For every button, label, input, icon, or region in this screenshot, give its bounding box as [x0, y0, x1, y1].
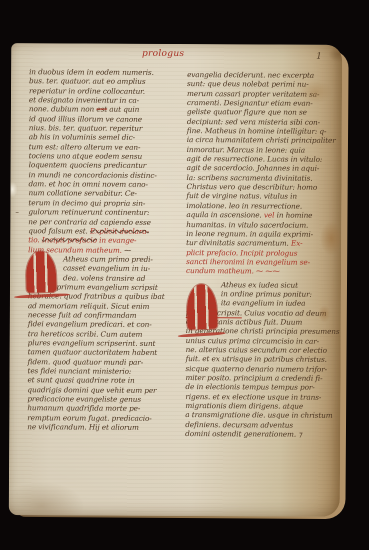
body-text: id quod illius illorum ve canone	[29, 114, 142, 124]
body-text: Atheus ex iudea sicut	[221, 280, 298, 289]
body-text: necesse fuit ad confirmandam	[28, 310, 137, 320]
body-text: nius. bis. ter. quatuor. reperitur	[29, 123, 143, 133]
body-text: in leone regnum. in aquila exprimi-	[186, 229, 313, 239]
body-text: unius cuius prima circumcisio in car-	[186, 336, 319, 346]
body-text: tum est: altero alterum ve ean-	[29, 142, 141, 152]
body-text: decipiunt: sed vera misteria sibi con-	[187, 117, 320, 127]
body-text: tes fidei nunciant ministerio:	[27, 366, 131, 376]
body-text: ne. alterius cuius secundum cor electio	[186, 345, 327, 355]
text-line: domini ostendit generationem. ⁊	[185, 429, 339, 439]
body-text: evangelia deciderunt. nec excerpta	[187, 70, 314, 80]
body-text: fidem. quod quatuor mundi par-	[28, 357, 144, 367]
body-text: ⁓	[124, 245, 131, 254]
body-text: gulorum retinuerunt continentur:	[28, 207, 149, 217]
manuscript-photo: prologus 1 – in duobus idem in eodem num…	[0, 0, 369, 550]
body-text: la: scribens sacramenta divinitatis.	[187, 173, 313, 183]
body-text: Christus vero que describitur: homo	[186, 182, 317, 192]
body-text: in duobus idem in eodem numeris.	[29, 67, 154, 77]
body-text: ne vivificandum. Hij et aliorum	[27, 422, 139, 432]
body-text: et sunt quasi quadrine rote in	[27, 376, 134, 386]
body-text: sunt: que deus nolebat perimi nu-	[187, 79, 309, 89]
body-text: miter posito. principium a credendi fi-	[185, 373, 322, 383]
body-text: dea. volens transire ad	[63, 273, 145, 282]
running-title: prologus	[133, 49, 193, 59]
body-text: aquila in ascensione.	[186, 210, 264, 219]
body-text: casset evangelium in iu-	[63, 264, 150, 273]
body-text: agit de sacerdocio. Johannes in aqui-	[187, 163, 320, 173]
body-text: rigens. et ex electione usque in trans-	[185, 392, 321, 402]
body-text: geliste quatuor figure que non se	[187, 107, 307, 117]
decorated-initial-m-left: M	[25, 251, 56, 293]
body-text: fidei evangelium predicari. et con-	[28, 320, 152, 330]
rubric-text: vel	[264, 211, 275, 220]
body-text: tra hereticos scribi. Cum autem	[28, 329, 143, 339]
text-column-left: in duobus idem in eodem numeris.bus. ter…	[27, 67, 183, 432]
body-text: est	[96, 105, 107, 114]
body-text: et designato invenientur in ca-	[29, 95, 139, 105]
body-text: primum evangelium scripsit	[54, 282, 157, 292]
body-text: quadrigis domini que vehit eum per	[27, 385, 156, 395]
body-text: ne per contraria ad capiendo esse	[28, 217, 151, 227]
folio-number: 1	[316, 52, 322, 62]
body-text: humanum quadrifida morte pe-	[27, 404, 140, 414]
rubric-text: Incipit prefacio	[42, 235, 97, 244]
body-text: bus. ter. quatuor. aut eo amplius	[29, 77, 146, 87]
text-column-right: evangelia deciderunt. nec excerptasunt: …	[185, 70, 341, 439]
rubric-text: tio.	[28, 235, 42, 244]
initial-letter: M	[25, 251, 56, 293]
body-text: terum in decimo qui propria sin-	[28, 198, 145, 208]
body-text: agit de resurrectione. Lucas in vitulo:	[187, 154, 323, 164]
body-text: migrationis diem dirigens. atque	[185, 401, 303, 411]
body-text: ab his in voluminis semel dic-	[29, 133, 135, 143]
body-text: fine. Matheus in homine intelligitur: q-	[187, 126, 327, 136]
body-text: remptum eorum fugat. predicacio-	[27, 413, 151, 423]
rubric-text: cundum matheum. ⁓ ⁓⁓	[186, 266, 280, 275]
body-text: plures evangelium scripserint. sunt	[28, 338, 156, 348]
body-text: in mundi ne concordacionis distinc-	[29, 170, 157, 180]
body-text: tamen quatuor auctoritatem habent	[28, 348, 158, 358]
body-text: a transmigratione die. usque in christum	[185, 410, 332, 420]
rubric-text: Ex-	[291, 239, 303, 248]
rubric-text: Explicit declara-	[90, 226, 149, 235]
body-text: tociens uno atque eodem sensu	[29, 151, 143, 161]
body-text: Atheus cum primo predi-	[63, 254, 153, 263]
body-text: none. dubium non	[29, 105, 97, 114]
rubric-text: plicit prefacio. Incipit prologus	[186, 248, 297, 258]
body-text: num collatione servabitur. Ce-	[28, 189, 137, 199]
initial-letter: M	[186, 284, 217, 330]
rubric-text: in evange-	[97, 236, 137, 245]
body-text: ad memoriam reliquit. Sicut enim	[28, 301, 150, 311]
body-text: fuit de virgine natus. vitulus in	[186, 192, 297, 202]
body-text: humanitas. in vitulo sacerdocium.	[186, 220, 308, 230]
body-text: inmoratur. Marcus in leone: quia	[187, 145, 305, 155]
body-text: imolatione. leo in resurrectione.	[186, 201, 302, 211]
body-text: quod falsum est.	[28, 226, 90, 235]
body-text: aut quin	[107, 105, 139, 114]
text-line: cundum matheum. ⁓ ⁓⁓	[186, 266, 340, 276]
body-text: dam. et hoc in omni novem cano-	[28, 179, 147, 189]
body-text: predicacione evangeliste genus	[27, 394, 141, 404]
body-text: ia circa humanitatem christi principalit…	[187, 135, 336, 145]
body-text: Cuius vocatio ad deum	[242, 308, 326, 317]
body-text: cramenti. Designantur etiam evan-	[187, 98, 313, 108]
body-text: domini ostendit generationem. ⁊	[185, 429, 302, 439]
body-text: in ordine primus ponitur:	[221, 289, 312, 298]
body-text: de in electionis tempus tempus por-	[185, 382, 314, 392]
parchment-page: prologus 1 – in duobus idem in eodem num…	[9, 43, 342, 517]
body-text: reperiatur in ordine collocantur.	[29, 86, 145, 96]
margin-mark: –	[15, 208, 19, 216]
body-text: ita evangelium in iudea	[221, 298, 305, 307]
body-text: tur divinitatis sacramentum.	[186, 238, 291, 248]
body-text: definiens. decursam adventus	[185, 420, 293, 430]
body-text: loquentem quociens predicantur	[29, 161, 147, 171]
rubric-text: sancti iheronimi in evangelium se-	[186, 257, 310, 267]
decorated-initial-m-right: M	[186, 284, 217, 330]
body-text: merum cassari propter veritatem sa-	[187, 89, 320, 99]
body-text: in homine	[274, 211, 312, 220]
body-text: sicque quaterno denario numero trifor-	[186, 364, 328, 374]
body-text: fuit. et ex utrisque in patribus christu…	[186, 354, 327, 364]
text-line: ne vivificandum. Hij et aliorum	[27, 422, 181, 432]
